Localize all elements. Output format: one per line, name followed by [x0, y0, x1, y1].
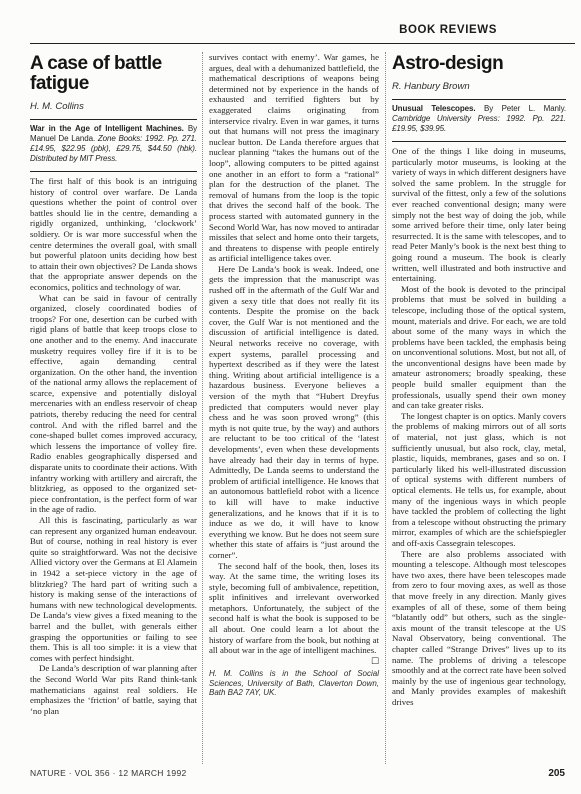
journal-issue-line: NATURE · VOL 356 · 12 MARCH 1992 — [30, 768, 187, 778]
review1-paragraph: Here De Landa’s book is weak. Indeed, on… — [209, 264, 379, 561]
review2-citation: Unusual Telescopes. By Peter L. Manly. C… — [392, 104, 566, 134]
citation-rule-top — [30, 119, 197, 120]
review2-paragraph: Most of the book is devoted to the princ… — [392, 284, 566, 411]
review1-book-title: War in the Age of Intelligent Machines. — [30, 124, 184, 133]
review1-paragraph: De Landa’s description of war planning a… — [30, 663, 197, 716]
review1-citation: War in the Age of Intelligent Machines. … — [30, 124, 197, 164]
review2-paragraph: There are also problems associated with … — [392, 549, 566, 708]
review2-paragraph: The longest chapter is on optics. Manly … — [392, 411, 566, 549]
citation-rule-bottom — [392, 141, 566, 142]
column-right: Astro-design R. Hanbury Brown Unusual Te… — [386, 52, 566, 764]
page-number: 205 — [548, 768, 565, 779]
citation-rule-top — [392, 99, 566, 100]
review1-paragraph: The first half of this book is an intrig… — [30, 176, 197, 293]
review2-book-publisher: Cambridge University Press: 1992. Pp. 22… — [392, 114, 566, 133]
page-content: A case of battle fatigue H. M. Collins W… — [30, 52, 575, 764]
review1-paragraph-text: The second half of the book, then, loses… — [209, 561, 379, 656]
review1-title: A case of battle fatigue — [30, 54, 197, 94]
journal-page: BOOK REVIEWS A case of battle fatigue H.… — [0, 0, 581, 794]
citation-rule-bottom — [30, 171, 197, 172]
review1-paragraph: survives contact with enemy’. War games,… — [209, 52, 379, 264]
review1-paragraph: The second half of the book, then, loses… — [209, 561, 379, 656]
section-header: BOOK REVIEWS — [399, 24, 497, 36]
review1-author: H. M. Collins — [30, 101, 197, 112]
page-footer: NATURE · VOL 356 · 12 MARCH 1992 205 — [30, 768, 565, 779]
end-of-article-mark: □ — [362, 656, 379, 667]
review1-paragraph: All this is fascinating, particularly as… — [30, 515, 197, 663]
column-middle: survives contact with enemy’. War games,… — [203, 52, 385, 764]
review2-book-author: By Peter L. Manly. — [484, 104, 566, 113]
author-affiliation: H. M. Collins is in the School of Social… — [209, 669, 379, 698]
column-left: A case of battle fatigue H. M. Collins W… — [30, 52, 202, 764]
review2-author: R. Hanbury Brown — [392, 81, 566, 92]
header-rule — [30, 43, 575, 44]
review2-book-title: Unusual Telescopes. — [392, 104, 475, 113]
review1-paragraph: What can be said in favour of centrally … — [30, 293, 197, 515]
review2-title: Astro-design — [392, 54, 566, 74]
masthead: BOOK REVIEWS — [0, 0, 581, 38]
review2-paragraph: One of the things I like doing in museum… — [392, 146, 566, 284]
